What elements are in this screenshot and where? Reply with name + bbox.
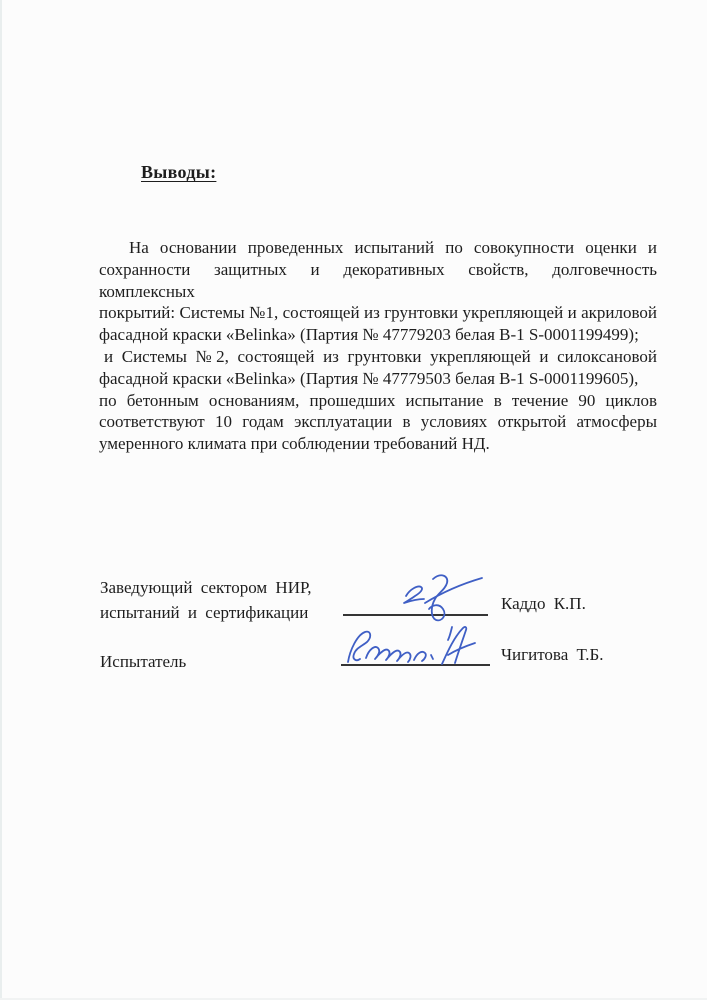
signer1-role-line2: испытаний и сертификации xyxy=(100,603,308,623)
page-left-edge xyxy=(0,0,2,1000)
scanned-document-page: Выводы: На основании проведенных испытан… xyxy=(0,0,707,1000)
signature1-ink-icon xyxy=(404,575,482,640)
conclusions-heading: Выводы: xyxy=(141,162,216,183)
paragraph-line: соответствуют 10 годам эксплуатации в ус… xyxy=(99,411,657,433)
paragraph-line: покрытий: Системы №1, состоящей из грунт… xyxy=(99,302,657,324)
paragraph-line: сохранности защитных и декоративных свой… xyxy=(99,259,657,303)
paragraph-line: фасадной краски «Belinka» (Партия № 4777… xyxy=(99,324,657,346)
signer2-name: Чигитова Т.Б. xyxy=(501,645,603,665)
signer1-role-line1: Заведующий сектором НИР, xyxy=(100,578,312,598)
signature2-ink-icon xyxy=(348,627,475,664)
handwritten-signatures xyxy=(330,565,510,680)
paragraph-line: и Системы №2, состоящей из грунтовки укр… xyxy=(99,346,657,368)
paragraph-line: фасадной краски «Belinka» (Партия № 4777… xyxy=(99,368,657,390)
paragraph-line: по бетонным основаниям, прошедших испыта… xyxy=(99,390,657,412)
signer2-role: Испытатель xyxy=(100,652,186,672)
paragraph-line: умеренного климата при соблюдении требов… xyxy=(99,433,657,455)
conclusions-paragraph: На основании проведенных испытаний по со… xyxy=(99,237,657,455)
signer1-name: Каддо К.П. xyxy=(501,594,586,614)
paragraph-line: На основании проведенных испытаний по со… xyxy=(99,237,657,259)
